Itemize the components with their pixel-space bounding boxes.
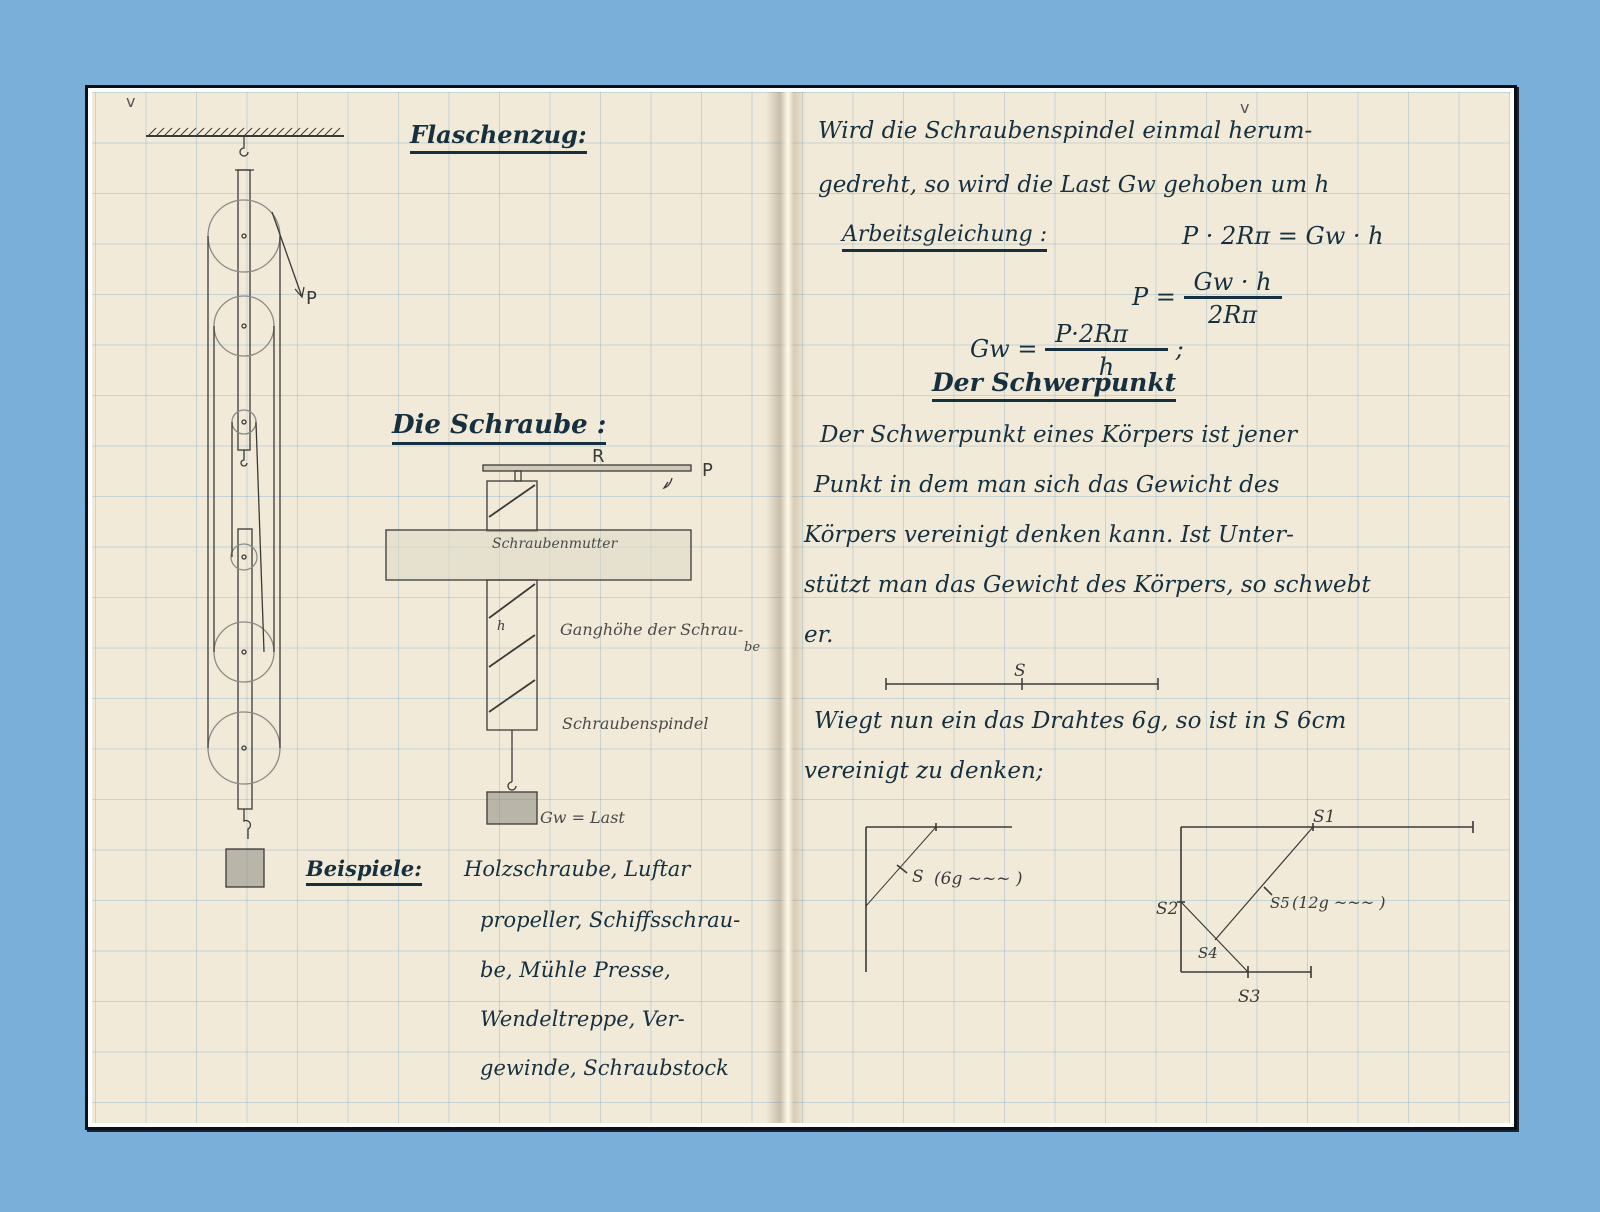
- left-angle-figure: [866, 823, 1012, 972]
- right-figure-annotation: (12g ~~~ ): [1292, 893, 1385, 912]
- point-s3: S3: [1238, 987, 1260, 1007]
- point-s1: S1: [1313, 807, 1335, 827]
- notebook-spread: v: [92, 92, 1510, 1123]
- weight-line-1: Wiegt nun ein das Drahtes 6g, so ist in …: [814, 708, 1346, 734]
- segment-centroid-label: S: [1014, 661, 1026, 681]
- point-s5: S5: [1270, 894, 1290, 912]
- weight-line-2: vereinigt zu denken;: [804, 758, 1044, 784]
- point-s4: S4: [1198, 944, 1218, 962]
- left-figure-annotation: (6g ~~~ ): [934, 869, 1023, 889]
- left-figure-centroid: S: [912, 867, 924, 887]
- centroid-segment-figure: S S (6g ~~~ ): [92, 92, 1510, 1123]
- point-s2: S2: [1156, 899, 1178, 919]
- scan-frame: v: [85, 85, 1517, 1130]
